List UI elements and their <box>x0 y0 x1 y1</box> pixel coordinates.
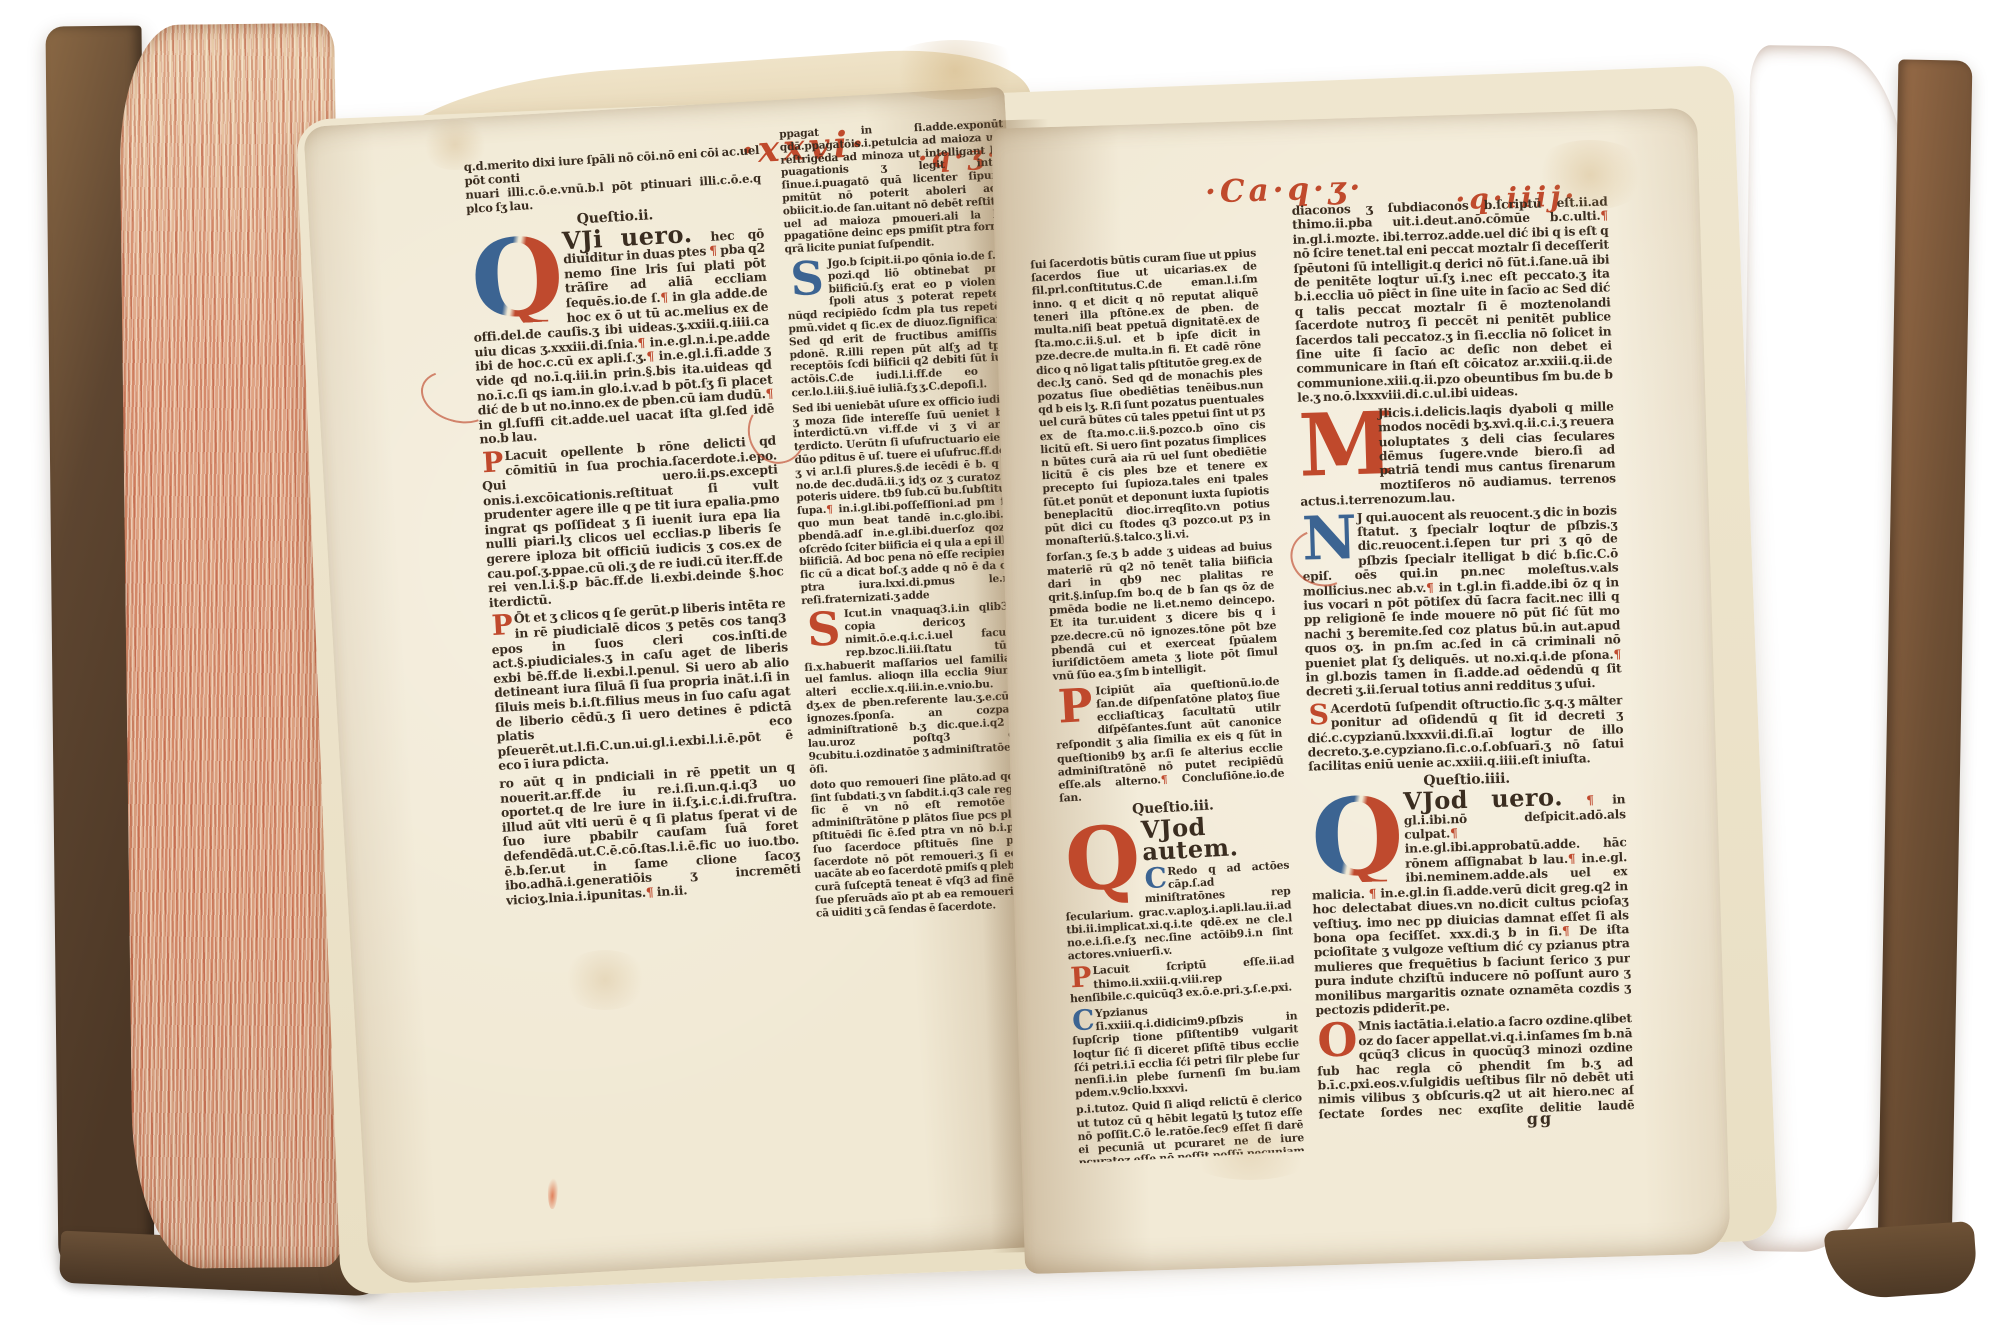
body-text: Ōt et ʒ clicos q ſe gerūt.p liberis intē… <box>491 596 793 774</box>
body-text: forſan.ʒ ſe.ʒ b adde ʒ uideas ad buius m… <box>1046 539 1278 683</box>
right-page-outer-column: diaconos ʒ ſubdiaconos b.ſcriptū eſt.ii.… <box>1292 194 1635 1119</box>
text-paragraph: PIcipiūt aīa queſtionū.io.de ſan.de diſp… <box>1053 674 1285 805</box>
body-text: Acerdotū ſuſpendit oſtructio.ſic ʒ.q.ʒ m… <box>1307 693 1624 774</box>
text-paragraph: NJ qui.auocent als reuocent.ʒ dic in boz… <box>1301 503 1622 700</box>
text-paragraph: QVJi uero. hec qō diuiditur in duas ptes… <box>468 218 776 447</box>
rubric-paragraph-mark: ¶ <box>1600 209 1608 223</box>
illuminated-initial: S <box>802 609 846 651</box>
illuminated-initial: S <box>785 257 829 299</box>
incipit: VJod autem. <box>1140 811 1239 866</box>
illuminated-initial: Q <box>1309 791 1406 884</box>
rubric-paragraph-mark: ¶ <box>1160 773 1167 786</box>
rubric-paragraph-mark: ¶ <box>1586 793 1594 807</box>
text-paragraph: diaconos ʒ ſubdiaconos b.ſcriptū eſt.ii.… <box>1292 194 1614 405</box>
text-paragraph: ſui ſacerdotis būtis curam ſiue ut ppius… <box>1030 246 1271 548</box>
text-paragraph: OMnis iactātia.i.elatio.a ſacro ozdine.q… <box>1316 1011 1635 1119</box>
rubric-paragraph-mark: ¶ <box>637 335 646 350</box>
rubric-paragraph-mark: ¶ <box>645 884 654 899</box>
rubric-paragraph-mark: ¶ <box>709 243 718 258</box>
illuminated-initial: C <box>1071 1007 1096 1033</box>
text-paragraph: QVJod uero. ¶ in gl.i.ibi.nō deſpicit.ad… <box>1309 784 1632 1017</box>
body-text: ſui ſacerdotis būtis curam ſiue ut ppius… <box>1030 246 1271 548</box>
text-paragraph: forſan.ʒ ſe.ʒ b adde ʒ uideas ad buius m… <box>1046 539 1279 683</box>
body-text: p.i.tutoz. Quid ſi aliqd relictū ē cleri… <box>1076 1091 1305 1163</box>
illuminated-initial: Q <box>468 230 567 325</box>
rubric-paragraph-mark: ¶ <box>1613 647 1621 661</box>
rubric-paragraph-mark: ¶ <box>765 386 774 401</box>
text-paragraph: ro aūt q in pndiciali in rē ppetit un q … <box>499 760 802 908</box>
illuminated-initial: P <box>490 612 515 638</box>
rubric-paragraph-mark: ¶ <box>660 289 669 304</box>
illuminated-initial: C <box>1143 865 1168 891</box>
text-paragraph: p.i.tutoz. Quid ſi aliqd relictū ē cleri… <box>1076 1091 1305 1163</box>
illuminated-initial: S <box>1306 702 1331 728</box>
illuminated-initial: O <box>1316 1020 1359 1061</box>
right-page-inner-column: ſui ſacerdotis būtis curam ſiue ut ppius… <box>1030 246 1305 1163</box>
left-page-outer-column: q.d.merito dixi iure ſpāli nō cōi.nō eni… <box>463 143 812 1094</box>
illuminated-initial: P <box>1053 684 1097 726</box>
rubric-paragraph-mark: ¶ <box>1369 886 1377 900</box>
body-text: Ypzianus ſi.xxiii.q.i.didicim9.pſbzis in… <box>1072 1004 1301 1100</box>
text-paragraph: SAcerdotū ſuſpendit oſtructio.ſic ʒ.q.ʒ … <box>1306 693 1624 774</box>
right-page: ·Ca·q·ʒ· ·q·iiij· ſui ſacerdotis būtis c… <box>991 108 1731 1274</box>
rubric-paragraph-mark: ¶ <box>1562 924 1570 938</box>
photo-scene: ·xxvi· ·q·ʒ· q.d.merito dixi iure ſpāli … <box>0 0 2000 1325</box>
quire-signature: gg <box>1526 1108 1553 1128</box>
rubric-paragraph-mark: ¶ <box>646 349 655 364</box>
rubric-paragraph-mark: ¶ <box>1426 580 1434 594</box>
body-text: diaconos ʒ ſubdiaconos b.ſcriptū eſt.ii.… <box>1292 194 1613 405</box>
illuminated-initial: P <box>1068 965 1093 991</box>
body-text: Lacuit opellente b rōne delicti qd cōmit… <box>482 432 784 610</box>
text-paragraph: PLacuit opellente b rōne delicti qd cōmi… <box>480 433 785 610</box>
illuminated-initial: Q <box>1061 819 1145 899</box>
body-text: Mnis iactātia.i.elatio.a ſacro ozdine.ql… <box>1317 1011 1635 1119</box>
rubric-paragraph-mark: ¶ <box>1450 826 1458 840</box>
body-text: ro aūt q in pndiciali in rē ppetit un q … <box>499 759 801 908</box>
left-page: ·xxvi· ·q·ʒ· q.d.merito dixi iure ſpāli … <box>303 87 1071 1285</box>
text-paragraph: MJlicis.i.delicis.laqis dyaboli q mille … <box>1298 399 1617 509</box>
text-paragraph: CYpzianus ſi.xxiii.q.i.didicim9.pſbzis i… <box>1071 996 1302 1101</box>
illuminated-initial: P <box>480 449 505 475</box>
illuminated-initial: M <box>1298 406 1380 484</box>
rubric-paragraph-mark: ¶ <box>826 504 833 516</box>
text-paragraph: PŌt et ʒ clicos q ſe gerūt.p liberis int… <box>490 597 795 774</box>
text-paragraph: QVJod autem. <box>1061 811 1289 868</box>
rubric-paragraph-mark: ¶ <box>1568 852 1576 866</box>
